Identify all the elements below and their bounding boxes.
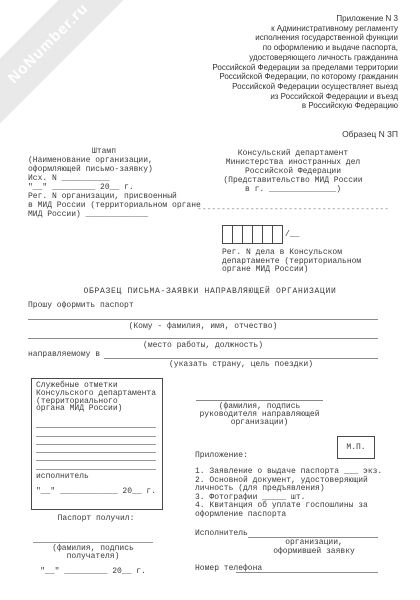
watermark-banner: NoNumber.ru	[0, 0, 149, 144]
reg-cells-suffix: /__	[285, 225, 299, 245]
address-line: Консульский департамент	[193, 149, 393, 158]
appendix-line: Российской Федерации, по которому гражда…	[212, 72, 398, 82]
caption-line: организации)	[196, 419, 323, 427]
service-blank-line	[36, 452, 156, 453]
request-line: Прошу оформить паспорт	[28, 301, 134, 310]
document-page: NoNumber.ru Приложение N 3 к Администрат…	[0, 0, 420, 600]
appendix-line: из Российской Федерации и въезд	[212, 92, 398, 102]
directed-label: направляемому в	[28, 350, 100, 359]
reg-cell	[253, 225, 263, 244]
dashed-separator: ----------------------------------------	[193, 205, 393, 214]
address-line: (Представительство МИД России	[193, 176, 393, 185]
executor-caption: организации, оформившей заявку	[250, 539, 378, 556]
service-blank-line	[36, 469, 156, 470]
appendix-line: к Административному регламенту	[212, 24, 398, 34]
reg-cell	[233, 225, 243, 244]
appendix-line: исполнения государственной функции	[212, 33, 398, 43]
sample-number-label: Образец N 3П	[342, 129, 398, 139]
service-marks-text: Служебные отметки Консульского департаме…	[36, 382, 156, 413]
seal-placeholder: М.П.	[337, 436, 375, 459]
passport-received-title: Паспорт получил:	[31, 514, 161, 523]
address-line: Российской Федерации	[193, 167, 393, 176]
work-caption: (место работы, должность)	[28, 341, 378, 350]
service-blank-line	[36, 460, 156, 461]
caption-line: органе МИД России)	[222, 266, 361, 275]
appendix-line: удостоверяющего личность гражданина	[212, 53, 398, 63]
outgoing-number-field: Исх. N __________	[28, 174, 208, 183]
stamp-block: Штамп (Наименование организации, оформля…	[28, 147, 208, 219]
consular-address-block: Консульский департамент Министерства ино…	[193, 149, 393, 194]
attachment-item: оформление паспорта	[195, 511, 382, 520]
city-field: в г. ______________)	[193, 185, 393, 194]
executor-label: исполнитель	[36, 472, 89, 481]
phone-blank-line	[236, 572, 378, 573]
country-caption: (указать страну, цель поездки)	[104, 360, 378, 369]
country-blank-line	[104, 358, 378, 359]
watermark-text: NoNumber.ru	[5, 0, 92, 86]
stamp-line: в МИД России (территориальном органе	[28, 201, 208, 210]
attachments-list: 1. Заявление о выдаче паспорта ___ экз. …	[195, 468, 382, 520]
reg-number-cells: /__	[222, 225, 299, 245]
appendix-line: по оформлению и выдаче паспорта,	[212, 43, 398, 53]
reg-cell	[263, 225, 273, 244]
reg-cell	[222, 225, 233, 244]
service-date-field: "__" ____________ 20__ г.	[36, 487, 156, 496]
head-signature-line	[196, 400, 323, 401]
service-blank-line	[36, 427, 156, 428]
caption-line: оформившей заявку	[250, 548, 378, 557]
service-blank-line	[36, 436, 156, 437]
fio-blank-line	[28, 319, 378, 320]
appendix-header: Приложение N 3 к Административному регла…	[212, 14, 398, 111]
stamp-line: Рег. N организации, присвоенный	[28, 192, 208, 201]
service-blank-line	[36, 444, 156, 445]
fio-caption: (Кому - фамилия, имя, отчество)	[28, 322, 378, 331]
service-line: органа МИД России)	[36, 405, 156, 413]
address-line: Министерства иностранных дел	[193, 158, 393, 167]
reg-number-caption: Рег. N дела в Консульском департаменте (…	[222, 249, 361, 275]
date-field: "__" _________ 20__ г.	[28, 183, 208, 192]
stamp-title: Штамп	[28, 147, 180, 156]
service-marks-box: Служебные отметки Консульского департаме…	[31, 378, 163, 510]
reg-number-field: МИД России) _____________	[28, 210, 208, 219]
caption-line: получателя)	[33, 553, 153, 561]
executor-right-label: Исполнитель	[195, 529, 248, 538]
head-signature-caption: (фамилия, подпись руководителя направляю…	[196, 403, 323, 428]
appendix-line: Российской Федерации за пределами террит…	[212, 63, 398, 73]
receiver-signature-line	[33, 542, 153, 543]
appendix-line: Приложение N 3	[212, 14, 398, 24]
attachments-title: Приложение:	[195, 451, 248, 460]
reg-cell	[243, 225, 253, 244]
stamp-line: оформляющей письмо-заявку)	[28, 165, 208, 174]
stamp-line: (Наименование организации,	[28, 156, 208, 165]
receipt-date-field: "__" _________ 20__ г.	[33, 567, 153, 576]
work-blank-line	[28, 338, 378, 339]
appendix-line: Российской Федерации осуществляет выезд	[212, 82, 398, 92]
receiver-caption: (фамилия, подпись получателя)	[33, 545, 153, 561]
form-title: ОБРАЗЕЦ ПИСЬМА-ЗАЯВКИ НАПРАВЛЯЮЩЕЙ ОРГАН…	[0, 287, 420, 296]
reg-cell	[273, 225, 283, 244]
appendix-line: в Российскую Федерацию	[212, 101, 398, 111]
